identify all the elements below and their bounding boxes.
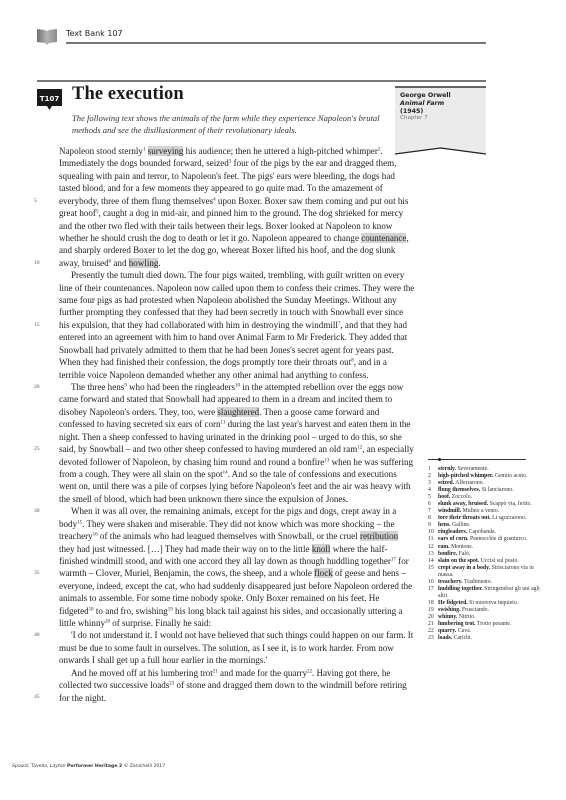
highlighted-word: countenance	[361, 233, 406, 243]
glossary-definition: Si lanciarono.	[480, 487, 513, 493]
glossary-number: 8	[428, 515, 438, 522]
footnote-ref: 4	[213, 197, 216, 202]
footnote-ref: 13	[324, 458, 329, 463]
glossary-definition: Frusciando.	[461, 607, 489, 613]
glossary-definition: Severamente.	[456, 466, 489, 472]
glossary-number: 20	[428, 614, 438, 621]
footnote-ref: 20	[105, 620, 110, 625]
glossary-item: 8tore their throats out. Li sgozzarono.	[428, 515, 548, 522]
glossary-item: 6slunk away, bruised. Scappò via, ferito…	[428, 501, 548, 508]
glossary-item: 1sternly. Severamente.	[428, 466, 548, 473]
section-divider	[37, 80, 486, 82]
glossary-item: 22quarry. Cava.	[428, 628, 548, 635]
line-number: 30	[34, 508, 40, 514]
source-year: (1945)	[400, 108, 451, 116]
glossary-definition: Cava.	[456, 628, 471, 634]
header-title: Text Bank 107	[66, 29, 123, 38]
footnote-ref: 19	[168, 607, 173, 612]
footnote-ref: 15	[77, 520, 82, 525]
glossary-term: hens.	[438, 522, 451, 528]
glossary-term: huddling together.	[438, 586, 483, 592]
glossary-definition: Capobanda.	[467, 529, 496, 535]
glossary-number: 21	[428, 621, 438, 628]
glossary-number: 13	[428, 551, 438, 558]
footnote-ref: 18	[89, 607, 94, 612]
glossary-definition: Nitrito.	[457, 614, 475, 620]
glossary-definition: Zoccolo.	[450, 494, 472, 500]
footnote-ref: 10	[235, 384, 240, 389]
glossary-definition: Montone.	[450, 544, 474, 550]
highlighted-word: surveying	[148, 146, 184, 156]
footnote-ref: 16	[93, 533, 98, 538]
glossary-term: ram.	[438, 544, 450, 550]
glossary-term: slain on the spot.	[438, 558, 479, 564]
glossary-item: 17huddling together. Stringendosi gli un…	[428, 586, 548, 600]
glossary-term: seized.	[438, 480, 454, 486]
glossary-item: 12ram. Montone.	[428, 544, 548, 551]
glossary: 1sternly. Severamente.2high-pitched whim…	[428, 459, 548, 642]
footnote-ref: 1	[143, 148, 146, 153]
glossary-term: He fidgeted.	[438, 600, 468, 606]
footnote-ref: 8	[351, 359, 354, 364]
glossary-item: 15crept away in a body. Strisciarono via…	[428, 565, 548, 579]
footnote-ref: 11	[221, 421, 226, 426]
glossary-definition: Tradimento.	[463, 579, 492, 585]
page-footer: Spiazzi, Tavella, Layton Performer Herit…	[12, 764, 165, 769]
footer-authors: Spiazzi, Tavella, Layton	[12, 764, 66, 769]
paragraph: And he moved off at his lumbering trot21…	[59, 667, 415, 704]
glossary-definition: Uccisi sul posto.	[479, 558, 519, 564]
footnote-ref: 2	[378, 148, 381, 153]
glossary-number: 6	[428, 501, 438, 508]
highlighted-word: knoll	[312, 544, 331, 554]
glossary-term: sternly.	[438, 466, 456, 472]
glossary-definition: Afferrarono.	[454, 480, 484, 486]
intro-text: The following text shows the animals of …	[72, 113, 382, 136]
paragraph: 'I do not understand it. I would not hav…	[59, 629, 415, 666]
glossary-term: ringleaders.	[438, 529, 467, 535]
page-title: The execution	[72, 84, 184, 105]
footnote-ref: 17	[391, 557, 396, 562]
glossary-number: 19	[428, 607, 438, 614]
source-chapter: Chapter 7	[400, 115, 451, 123]
glossary-term: treachery.	[438, 579, 463, 585]
glossary-term: crept away in a body.	[438, 565, 490, 571]
source-work: Animal Farm	[400, 100, 451, 108]
glossary-number: 4	[428, 487, 438, 494]
glossary-definition: Gemito acuto.	[493, 473, 527, 479]
glossary-divider	[428, 459, 526, 460]
body-text: Napoleon stood sternly1 surveying his au…	[59, 145, 415, 704]
glossary-item: 21lumbering trot. Trotto pesante.	[428, 621, 548, 628]
footnote-ref: 3	[229, 160, 232, 165]
footnote-ref: 12	[357, 446, 362, 451]
glossary-term: lumbering trot.	[438, 621, 476, 627]
page-header: Text Bank 107	[37, 24, 486, 46]
glossary-number: 23	[428, 635, 438, 642]
glossary-term: quarry.	[438, 628, 456, 634]
line-number: 20	[34, 384, 40, 390]
glossary-term: bonfire.	[438, 551, 457, 557]
line-number: 5	[34, 198, 37, 204]
glossary-item: 23loads. Carichi.	[428, 635, 548, 642]
highlighted-word: howling	[129, 258, 159, 268]
line-number: 35	[34, 570, 40, 576]
glossary-item: 10ringleaders. Capobanda.	[428, 529, 548, 536]
glossary-definition: Galline.	[451, 522, 471, 528]
glossary-number: 17	[428, 586, 438, 600]
book-icon	[37, 29, 57, 45]
glossary-number: 15	[428, 565, 438, 579]
glossary-number: 12	[428, 544, 438, 551]
glossary-term: flung themselves.	[438, 487, 480, 493]
glossary-number: 3	[428, 480, 438, 487]
footnote-ref: 9	[124, 384, 127, 389]
glossary-term: swishing.	[438, 607, 461, 613]
glossary-number: 2	[428, 473, 438, 480]
glossary-item: 7windmill. Mulino a vento.	[428, 508, 548, 515]
line-number: 40	[34, 632, 40, 638]
glossary-item: 20whinny. Nitrito.	[428, 614, 548, 621]
glossary-item: 13bonfire. Falò.	[428, 551, 548, 558]
highlighted-word: slaughtered	[217, 407, 259, 417]
glossary-list: 1sternly. Severamente.2high-pitched whim…	[428, 466, 548, 642]
glossary-definition: Si muoveva inquieto.	[468, 600, 518, 606]
glossary-item: 3seized. Afferrarono.	[428, 480, 548, 487]
glossary-item: 9hens. Galline.	[428, 522, 548, 529]
paragraph: Napoleon stood sternly1 surveying his au…	[59, 145, 415, 269]
glossary-term: high-pitched whimper.	[438, 473, 493, 479]
glossary-number: 14	[428, 558, 438, 565]
footnote-ref: 23	[169, 682, 174, 687]
glossary-number: 11	[428, 536, 438, 543]
footnote-ref: 7	[338, 321, 341, 326]
glossary-item: 11ears of corn. Pannocchie di granturco.	[428, 536, 548, 543]
glossary-number: 16	[428, 579, 438, 586]
glossary-item: 18He fidgeted. Si muoveva inquieto.	[428, 600, 548, 607]
footnote-ref: 22	[307, 669, 312, 674]
glossary-definition: Scappò via, ferito.	[488, 501, 532, 507]
glossary-term: slunk away, bruised.	[438, 501, 488, 507]
badge-label: T107	[40, 95, 60, 103]
glossary-item: 4flung themselves. Si lanciarono.	[428, 487, 548, 494]
glossary-term: loads.	[438, 635, 452, 641]
footnote-ref: 5	[96, 210, 99, 215]
glossary-term: tore their throats out.	[438, 515, 491, 521]
glossary-term: windmill.	[438, 508, 461, 514]
text-badge: T107	[37, 89, 62, 110]
glossary-definition: Mulino a vento.	[461, 508, 499, 514]
line-number: 10	[34, 260, 40, 266]
paragraph: The three hens9 who had been the ringlea…	[59, 381, 415, 505]
paragraph: Presently the tumult died down. The four…	[59, 269, 415, 381]
glossary-term: ears of corn.	[438, 536, 469, 542]
footnote-ref: 21	[213, 669, 218, 674]
footer-copyright: © Zanichelli 2017	[124, 764, 165, 769]
footnote-ref: 6	[109, 259, 112, 264]
glossary-number: 10	[428, 529, 438, 536]
glossary-term: hoof.	[438, 494, 450, 500]
glossary-definition: Li sgozzarono.	[491, 515, 527, 521]
header-divider	[66, 42, 486, 44]
glossary-definition: Pannocchie di granturco.	[469, 536, 528, 542]
glossary-number: 9	[428, 522, 438, 529]
glossary-item: 16treachery. Tradimento.	[428, 579, 548, 586]
footer-book: Performer Heritage 2	[67, 764, 122, 769]
line-number: 15	[34, 322, 40, 328]
glossary-definition: Carichi.	[452, 635, 472, 641]
glossary-item: 14slain on the spot. Uccisi sul posto.	[428, 558, 548, 565]
glossary-number: 1	[428, 466, 438, 473]
glossary-number: 5	[428, 494, 438, 501]
glossary-definition: Falò.	[457, 551, 470, 557]
glossary-item: 19swishing. Frusciando.	[428, 607, 548, 614]
highlighted-word: retribution	[360, 531, 398, 541]
source-author: George Orwell	[400, 92, 451, 100]
glossary-number: 22	[428, 628, 438, 635]
glossary-definition: Trotto pesante.	[476, 621, 512, 627]
glossary-number: 18	[428, 600, 438, 607]
glossary-term: whinny.	[438, 614, 457, 620]
glossary-number: 7	[428, 508, 438, 515]
line-number: 45	[34, 694, 40, 700]
footnote-ref: 14	[223, 470, 228, 475]
highlighted-word: flock	[314, 568, 333, 578]
line-number: 25	[34, 446, 40, 452]
paragraph: When it was all over, the remaining anim…	[59, 505, 415, 629]
